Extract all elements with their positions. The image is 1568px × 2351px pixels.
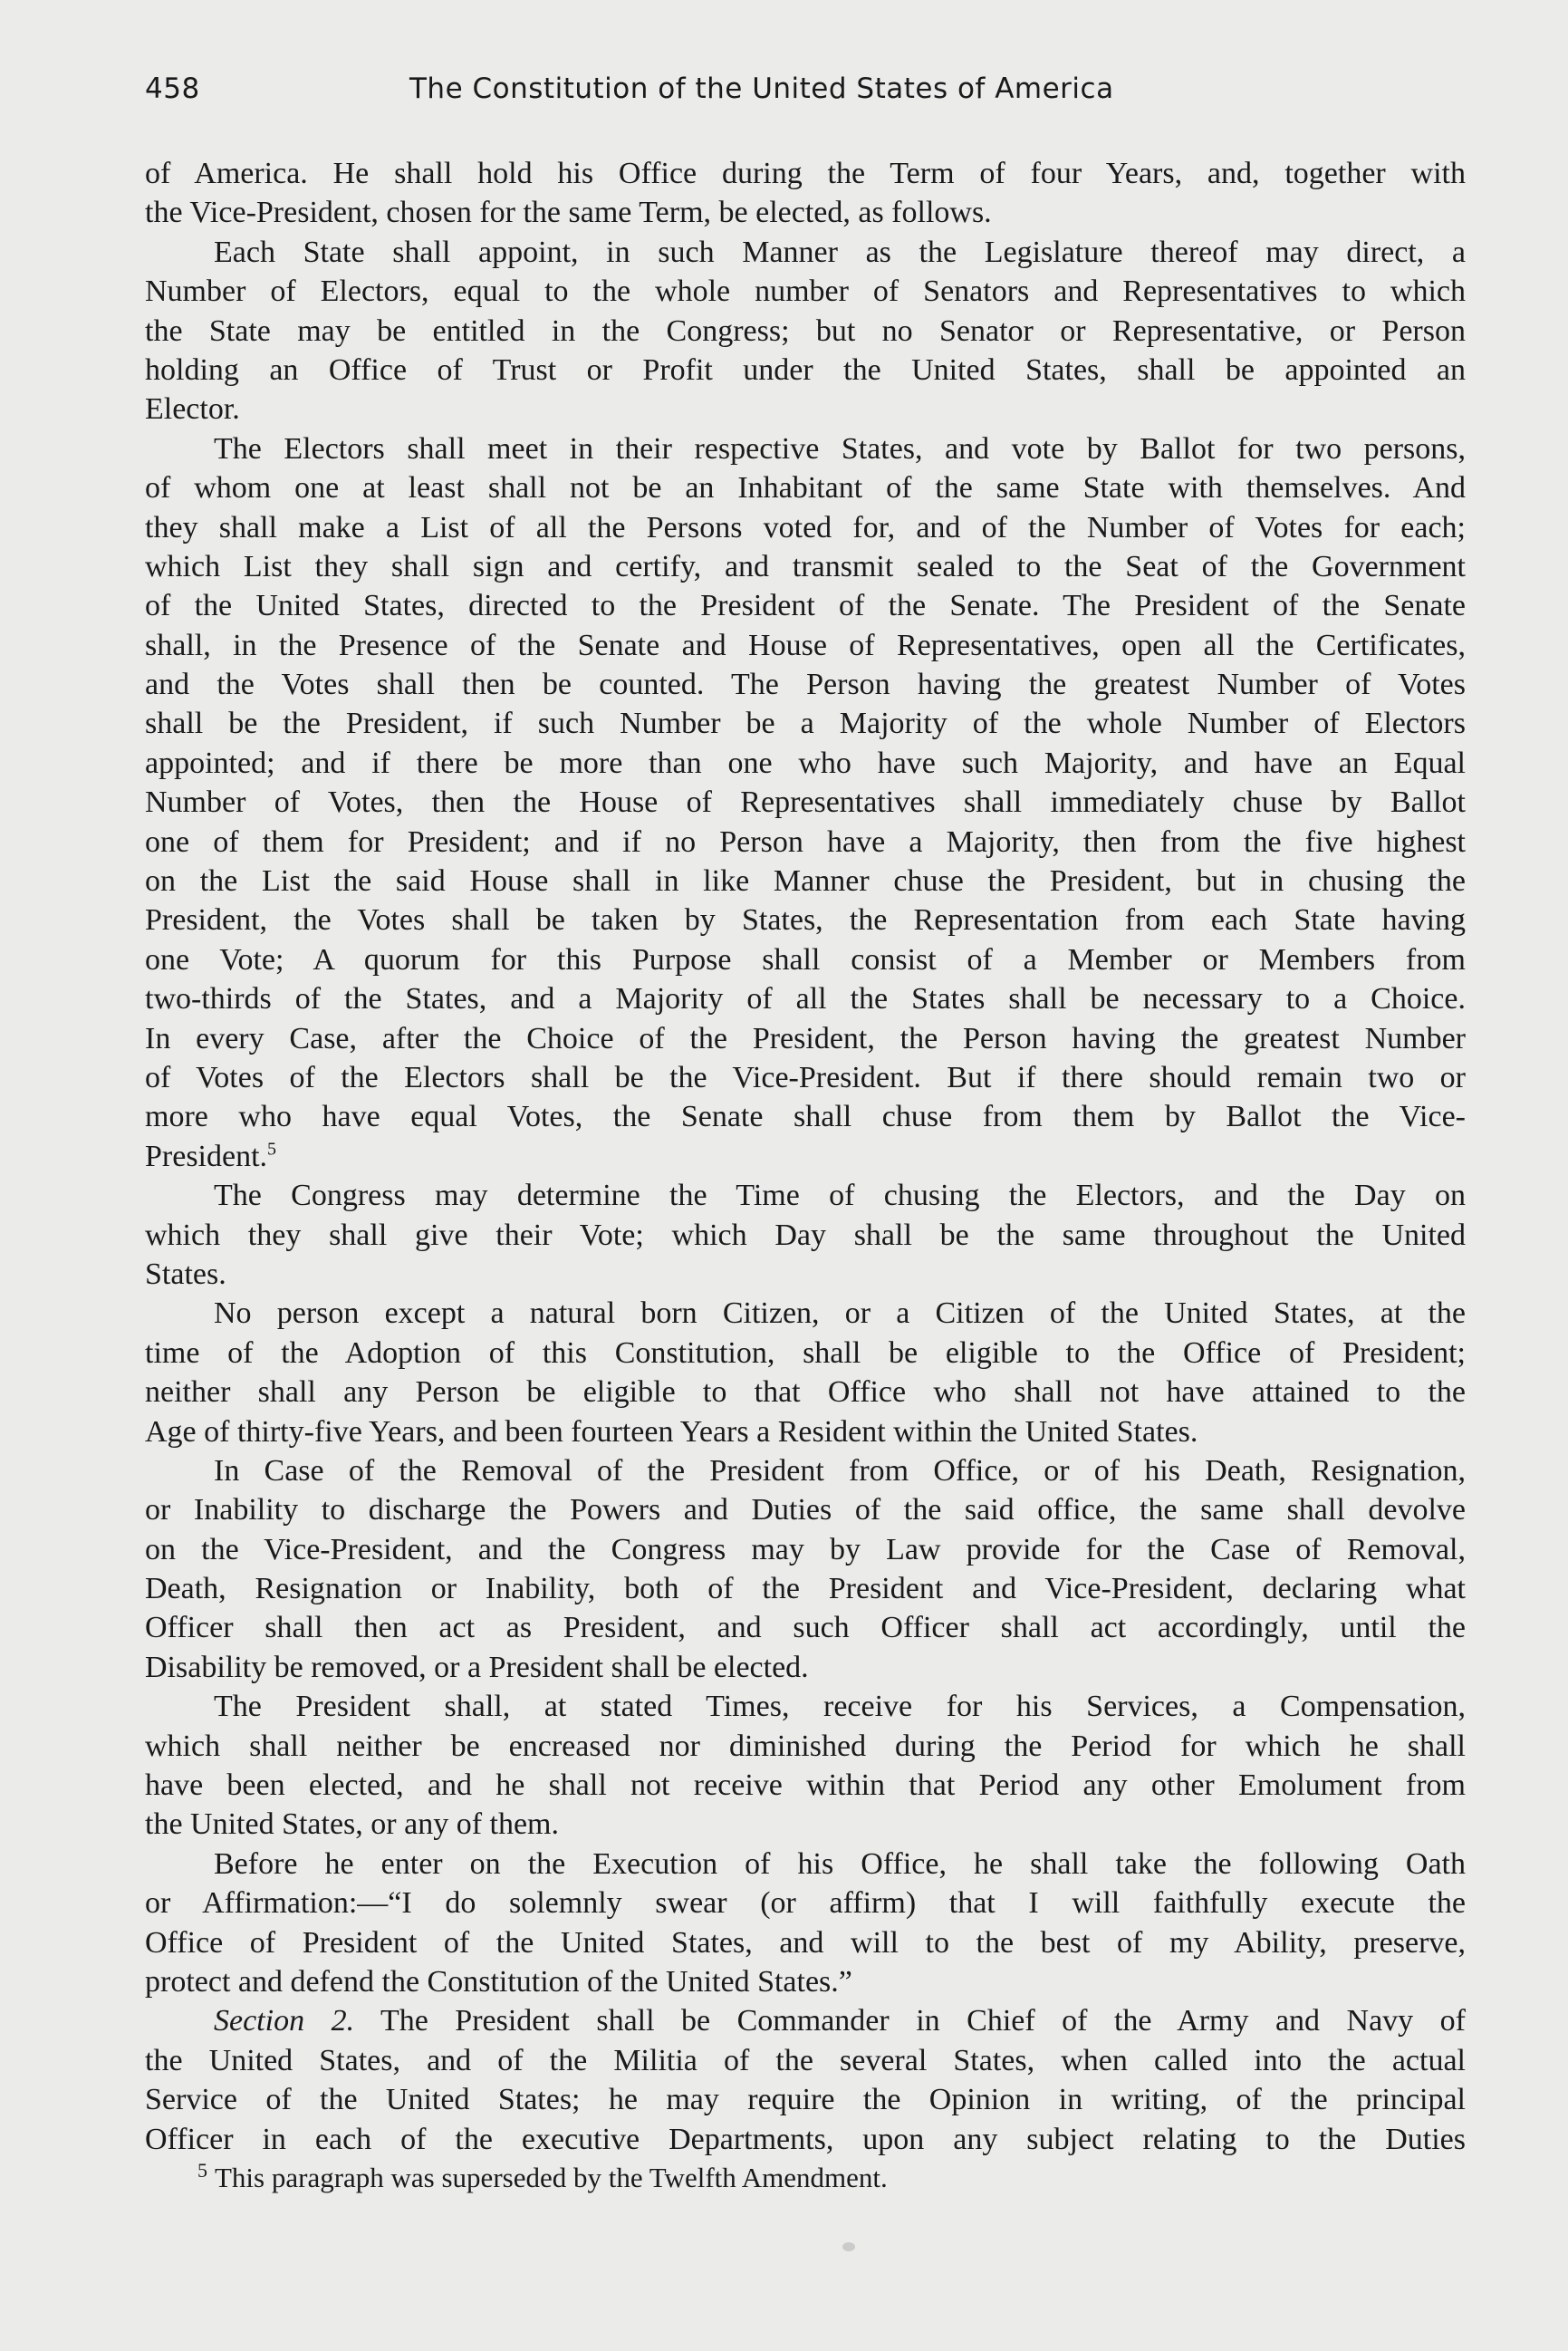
paragraph: The President shall, at stated Times, re…: [145, 1687, 1466, 1845]
line-text: or Affirmation:—“I do solemnly swear (or…: [145, 1886, 1466, 1920]
text-line: of whom one at least shall not be an Inh…: [145, 468, 1466, 507]
line-text: shall, in the Presence of the Senate and…: [145, 629, 1466, 662]
text-line: appointed; and if there be more than one…: [145, 744, 1466, 783]
text-line: Service of the United States; he may req…: [145, 2080, 1466, 2119]
line-text: The President shall be Commander in Chie…: [354, 2004, 1466, 2038]
paragraph: Each State shall appoint, in such Manner…: [145, 233, 1466, 429]
text-line: or Inability to discharge the Powers and…: [145, 1490, 1466, 1529]
line-text: Each State shall appoint, in such Manner…: [214, 236, 1466, 269]
line-text: The Electors shall meet in their respect…: [214, 432, 1466, 466]
text-line: which shall neither be encreased nor dim…: [145, 1727, 1466, 1766]
line-text: one Vote; A quorum for this Purpose shal…: [145, 943, 1466, 977]
print-smudge: [842, 2242, 855, 2251]
page-header: 458 The Constitution of the United State…: [145, 72, 1467, 112]
text-line: Before he enter on the Execution of his …: [145, 1845, 1466, 1884]
paragraph: Section 2. The President shall be Comman…: [145, 2001, 1466, 2159]
section-label: Section 2.: [214, 2004, 354, 2038]
text-line: of Votes of the Electors shall be the Vi…: [145, 1058, 1466, 1097]
paragraph: In Case of the Removal of the President …: [145, 1451, 1466, 1687]
line-text: more who have equal Votes, the Senate sh…: [145, 1100, 1466, 1133]
text-line: time of the Adoption of this Constitutio…: [145, 1334, 1466, 1373]
text-line: shall, in the Presence of the Senate and…: [145, 626, 1466, 665]
line-text: of America. He shall hold his Office dur…: [145, 157, 1466, 190]
text-line: Disability be removed, or a President sh…: [145, 1648, 1466, 1687]
text-line: one Vote; A quorum for this Purpose shal…: [145, 940, 1466, 979]
text-line: Office of President of the United States…: [145, 1923, 1466, 1962]
line-text: President.: [145, 1140, 267, 1173]
line-text: the State may be entitled in the Congres…: [145, 314, 1466, 348]
page-number: 458: [145, 72, 200, 105]
line-text: Number of Votes, then the House of Repre…: [145, 785, 1466, 819]
line-text: time of the Adoption of this Constitutio…: [145, 1336, 1466, 1370]
text-line: on the List the said House shall in like…: [145, 862, 1466, 901]
line-text: No person except a natural born Citizen,…: [214, 1296, 1466, 1330]
line-text: Before he enter on the Execution of his …: [214, 1847, 1466, 1881]
text-line: President, the Votes shall be taken by S…: [145, 901, 1466, 939]
line-text: which List they shall sign and certify, …: [145, 550, 1466, 583]
text-line: the Vice-President, chosen for the same …: [145, 193, 1466, 232]
text-line: on the Vice-President, and the Congress …: [145, 1530, 1466, 1569]
line-text: they shall make a List of all the Person…: [145, 511, 1466, 544]
text-line: In Case of the Removal of the President …: [145, 1451, 1466, 1490]
text-line: Death, Resignation or Inability, both of…: [145, 1569, 1466, 1608]
line-text: of whom one at least shall not be an Inh…: [145, 471, 1466, 505]
footnote-text: This paragraph was superseded by the Twe…: [215, 2162, 888, 2193]
text-line: In every Case, after the Choice of the P…: [145, 1019, 1466, 1058]
text-line: holding an Office of Trust or Profit und…: [145, 351, 1466, 390]
line-text: appointed; and if there be more than one…: [145, 747, 1466, 780]
line-text: holding an Office of Trust or Profit und…: [145, 353, 1466, 387]
text-line: Section 2. The President shall be Comman…: [145, 2001, 1466, 2040]
line-text: Office of President of the United States…: [145, 1926, 1466, 1960]
line-text: on the List the said House shall in like…: [145, 864, 1466, 898]
line-text: and the Votes shall then be counted. The…: [145, 668, 1466, 701]
text-line: Each State shall appoint, in such Manner…: [145, 233, 1466, 272]
line-text: Age of thirty-five Years, and been fourt…: [145, 1415, 1198, 1449]
line-text: the Vice-President, chosen for the same …: [145, 196, 992, 229]
footnote-reference: 5: [267, 1139, 276, 1159]
line-text: Officer shall then act as President, and…: [145, 1611, 1466, 1644]
text-line: which List they shall sign and certify, …: [145, 547, 1466, 586]
text-line: one of them for President; and if no Per…: [145, 823, 1466, 862]
line-text: shall be the President, if such Number b…: [145, 707, 1466, 740]
line-text: Officer in each of the executive Departm…: [145, 2123, 1466, 2156]
line-text: Elector.: [145, 392, 240, 426]
text-line: the United States, or any of them.: [145, 1805, 1466, 1844]
text-line: the State may be entitled in the Congres…: [145, 312, 1466, 351]
text-line: and the Votes shall then be counted. The…: [145, 665, 1466, 704]
text-line: Officer shall then act as President, and…: [145, 1608, 1466, 1647]
line-text: protect and defend the Constitution of t…: [145, 1965, 852, 1999]
text-line: which they shall give their Vote; which …: [145, 1216, 1466, 1255]
paragraph: of America. He shall hold his Office dur…: [145, 154, 1466, 233]
line-text: the United States, or any of them.: [145, 1807, 559, 1841]
line-text: neither shall any Person be eligible to …: [145, 1375, 1466, 1409]
text-line: have been elected, and he shall not rece…: [145, 1766, 1466, 1805]
text-line: Elector.: [145, 390, 1466, 429]
line-text: on the Vice-President, and the Congress …: [145, 1533, 1466, 1566]
line-text: Service of the United States; he may req…: [145, 2083, 1466, 2116]
running-head: The Constitution of the United States of…: [409, 72, 1114, 105]
paragraph: Before he enter on the Execution of his …: [145, 1845, 1466, 2002]
text-line: or Affirmation:—“I do solemnly swear (or…: [145, 1884, 1466, 1922]
line-text: States.: [145, 1257, 226, 1291]
text-line: more who have equal Votes, the Senate sh…: [145, 1097, 1466, 1136]
line-text: Disability be removed, or a President sh…: [145, 1651, 809, 1684]
text-line: The Congress may determine the Time of c…: [145, 1176, 1466, 1215]
text-line: The President shall, at stated Times, re…: [145, 1687, 1466, 1726]
line-text: Number of Electors, equal to the whole n…: [145, 275, 1466, 308]
line-text: In every Case, after the Choice of the P…: [145, 1022, 1466, 1055]
line-text: The President shall, at stated Times, re…: [214, 1690, 1466, 1723]
text-line: Number of Electors, equal to the whole n…: [145, 272, 1466, 311]
paragraph: No person except a natural born Citizen,…: [145, 1294, 1466, 1451]
body-text: of America. He shall hold his Office dur…: [145, 154, 1466, 2159]
text-line: two-thirds of the States, and a Majority…: [145, 979, 1466, 1018]
text-line: Number of Votes, then the House of Repre…: [145, 783, 1466, 822]
text-line: protect and defend the Constitution of t…: [145, 1962, 1466, 2001]
line-text: which shall neither be encreased nor dim…: [145, 1730, 1466, 1763]
text-line: they shall make a List of all the Person…: [145, 508, 1466, 547]
footnote-mark: 5: [197, 2159, 207, 2182]
line-text: of the United States, directed to the Pr…: [145, 589, 1466, 622]
text-line: neither shall any Person be eligible to …: [145, 1373, 1466, 1412]
line-text: which they shall give their Vote; which …: [145, 1219, 1466, 1252]
line-text: or Inability to discharge the Powers and…: [145, 1493, 1466, 1527]
text-line: of the United States, directed to the Pr…: [145, 586, 1466, 625]
text-line: The Electors shall meet in their respect…: [145, 429, 1466, 468]
footnote: 5This paragraph was superseded by the Tw…: [197, 2162, 888, 2194]
text-line: shall be the President, if such Number b…: [145, 704, 1466, 743]
line-text: the United States, and of the Militia of…: [145, 2044, 1466, 2077]
text-line: the United States, and of the Militia of…: [145, 2041, 1466, 2080]
paragraph: The Congress may determine the Time of c…: [145, 1176, 1466, 1294]
line-text: Death, Resignation or Inability, both of…: [145, 1572, 1466, 1605]
line-text: have been elected, and he shall not rece…: [145, 1768, 1466, 1802]
line-text: In Case of the Removal of the President …: [214, 1454, 1466, 1488]
line-text: President, the Votes shall be taken by S…: [145, 903, 1466, 937]
line-text: of Votes of the Electors shall be the Vi…: [145, 1061, 1466, 1094]
line-text: one of them for President; and if no Per…: [145, 825, 1466, 859]
text-line: States.: [145, 1255, 1466, 1294]
text-line: Age of thirty-five Years, and been fourt…: [145, 1412, 1466, 1451]
text-line: No person except a natural born Citizen,…: [145, 1294, 1466, 1333]
text-line: Officer in each of the executive Departm…: [145, 2120, 1466, 2159]
paragraph: The Electors shall meet in their respect…: [145, 429, 1466, 1176]
line-text: The Congress may determine the Time of c…: [214, 1179, 1466, 1212]
line-text: two-thirds of the States, and a Majority…: [145, 982, 1466, 1016]
text-line: of America. He shall hold his Office dur…: [145, 154, 1466, 193]
text-line: President.5: [145, 1137, 1466, 1176]
